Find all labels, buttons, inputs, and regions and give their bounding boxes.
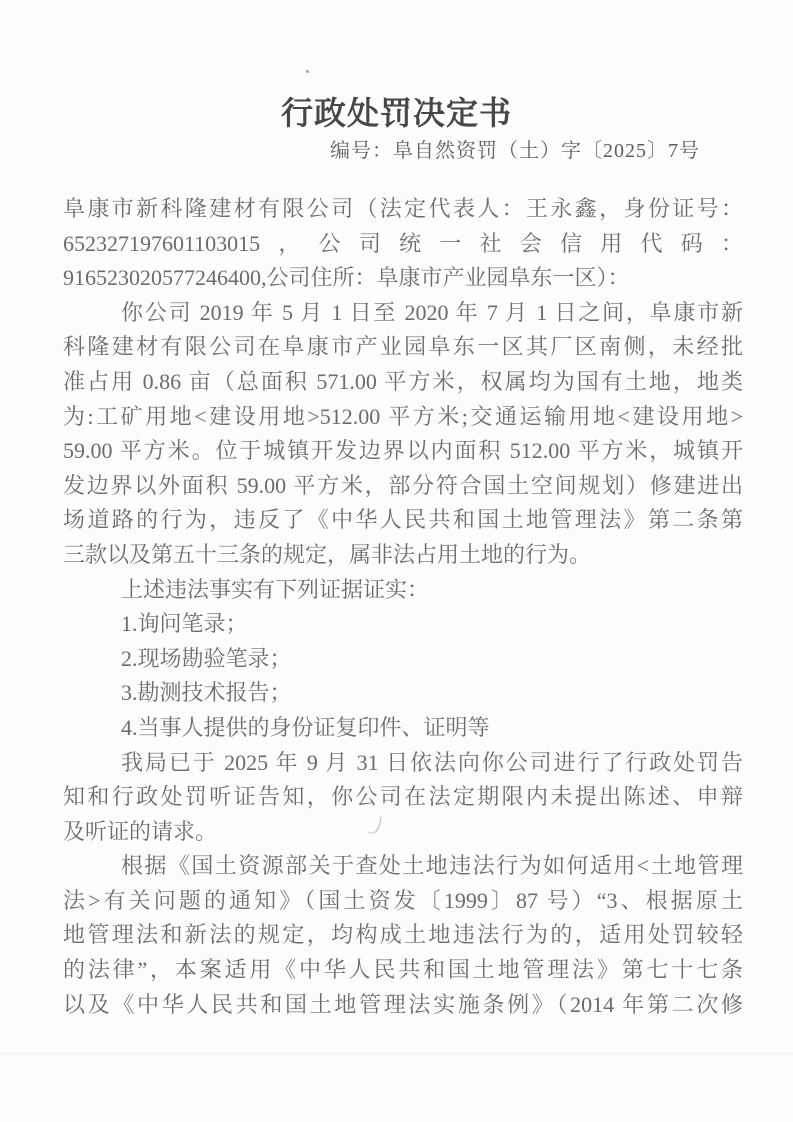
body-line: 准占用 0.86 亩（总面积 571.00 平方米，权属均为国有土地，地类 <box>63 365 743 400</box>
body-line: 地管理法和新法的规定，均构成土地违法行为的，适用处罚较轻 <box>63 918 743 953</box>
body-line: 以及《中华人民共和国土地管理法实施条例》（2014 年第二次修 <box>63 988 743 1023</box>
body-line: 2.现场勘验笔录； <box>63 642 743 677</box>
body-line: 652327197601103015，公司统一社会信用代码： <box>63 227 743 262</box>
body-line: 1.询问笔录； <box>63 607 743 642</box>
document-body: 阜康市新科隆建材有限公司（法定代表人：王永鑫，身份证号：652327197601… <box>63 192 743 1022</box>
body-line: 三款以及第五十三条的规定，属非法占用土地的行为。 <box>63 538 743 573</box>
body-line: 法>有关问题的通知》（国土资发〔1999〕87 号）“3、根据原土 <box>63 884 743 919</box>
document-number: 编号：阜自然资罚（土）字〔2025〕7号 <box>330 134 700 163</box>
body-line: 59.00 平方米。位于城镇开发边界以内面积 512.00 平方米，城镇开 <box>63 434 743 469</box>
body-line: 你公司 2019 年 5 月 1 日至 2020 年 7 月 1 日之间，阜康市… <box>63 296 743 331</box>
body-line: 我局已于 2025 年 9 月 31 日依法向你公司进行了行政处罚告 <box>63 746 743 781</box>
body-line: 4.当事人提供的身份证复印件、证明等 <box>63 711 743 746</box>
body-line: 场道路的行为，违反了《中华人民共和国土地管理法》第二条第 <box>63 503 743 538</box>
scan-artifact-dot <box>306 70 309 73</box>
body-line: 3.勘测技术报告； <box>63 676 743 711</box>
body-line: 科隆建材有限公司在阜康市产业园阜东一区其厂区南侧，未经批 <box>63 330 743 365</box>
body-line: 为:工矿用地<建设用地>512.00 平方米;交通运输用地<建设用地> <box>63 400 743 435</box>
body-line: 916523020577246400,公司住所：阜康市产业园阜东一区）： <box>63 261 743 296</box>
body-line: 发边界以外面积 59.00 平方米，部分符合国土空间规划）修建进出 <box>63 469 743 504</box>
body-line: 阜康市新科隆建材有限公司（法定代表人：王永鑫，身份证号： <box>63 192 743 227</box>
scan-artifact-band <box>0 1052 793 1055</box>
body-line: 上述违法事实有下列证据证实： <box>63 573 743 608</box>
body-line: 知和行政处罚听证告知，你公司在法定期限内未提出陈述、申辩 <box>63 780 743 815</box>
body-line: 及听证的请求。 <box>63 815 743 850</box>
body-line: 的法律”，本案适用《中华人民共和国土地管理法》第七十七条 <box>63 953 743 988</box>
document-page: 行政处罚决定书 编号：阜自然资罚（土）字〔2025〕7号 阜康市新科隆建材有限公… <box>0 0 793 1122</box>
body-line: 根据《国土资源部关于查处土地违法行为如何适用<土地管理 <box>63 849 743 884</box>
document-title: 行政处罚决定书 <box>0 88 793 134</box>
